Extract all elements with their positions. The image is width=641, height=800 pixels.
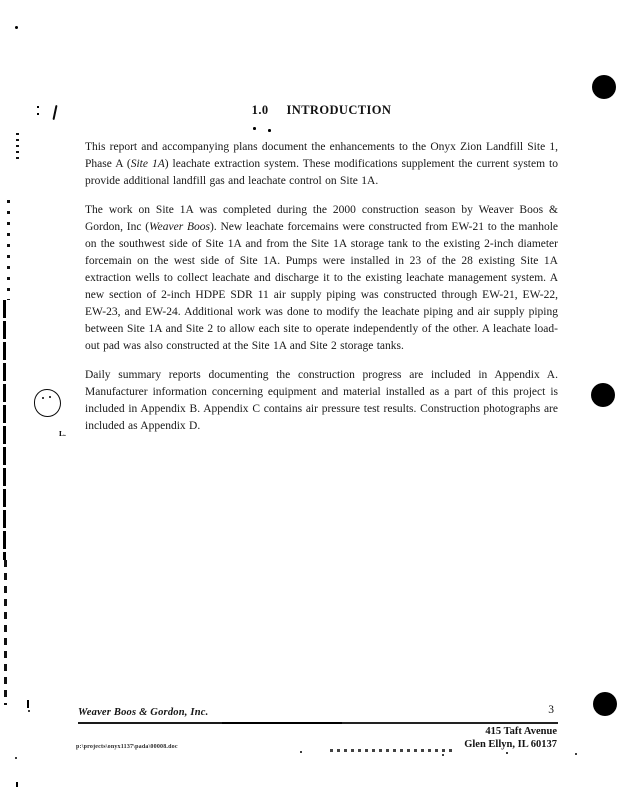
footer-address: 415 Taft Avenue Glen Ellyn, IL 60137 [464,725,557,751]
scan-speck [15,26,18,29]
scan-speck [506,752,508,754]
section-heading: 1.0INTRODUCTION [85,103,558,118]
scan-speck [575,753,577,755]
scan-edge-line [3,300,6,560]
hole-punch-mark-middle [591,383,615,407]
scan-speck-colon [37,106,39,115]
page-number: 3 [548,704,554,716]
pencil-dot [49,396,51,398]
footer-address-street: 415 Taft Avenue [464,725,557,738]
paragraph-intro: This report and accompanying plans docum… [85,139,558,190]
scan-speck [15,757,17,759]
hole-punch-mark-top [592,75,616,99]
paragraph-work-summary: The work on Site 1A was completed during… [85,202,558,355]
footer-address-city: Glen Ellyn, IL 60137 [464,738,557,751]
scan-speck [442,754,444,756]
paragraph-text: ). New leachate forcemains were construc… [85,221,558,352]
paragraph-text-italic: Site 1A [131,158,165,170]
pencil-dot [42,397,44,399]
document-body: 1.0INTRODUCTION This report and accompan… [85,103,558,447]
margin-note: L. [59,429,66,438]
scan-edge-line [7,200,10,300]
section-number: 1.0 [252,103,269,118]
scan-speck-exclamation [27,700,29,708]
hole-punch-mark-bottom [593,692,617,716]
scan-speck [300,751,302,753]
scanned-document-page: L. 1.0INTRODUCTION This report and accom… [0,0,641,800]
paragraph-text-italic: Weaver Boos [149,221,210,233]
section-title: INTRODUCTION [287,103,392,117]
footer-company-name: Weaver Boos & Gordon, Inc. [78,707,208,718]
paragraph-text: Daily summary reports documenting the co… [85,369,558,432]
scan-edge-line [4,560,7,705]
scan-speck-slash [52,105,57,120]
paragraph-appendices: Daily summary reports documenting the co… [85,367,558,435]
footer-rule [78,722,558,724]
scan-speck [16,782,18,787]
pencil-circle-mark [34,389,61,417]
scan-edge-line [16,133,19,161]
footer-file-path: p:\projects\onyx1137\pada\00008.doc [76,744,178,750]
scan-smudge-line [330,749,456,752]
